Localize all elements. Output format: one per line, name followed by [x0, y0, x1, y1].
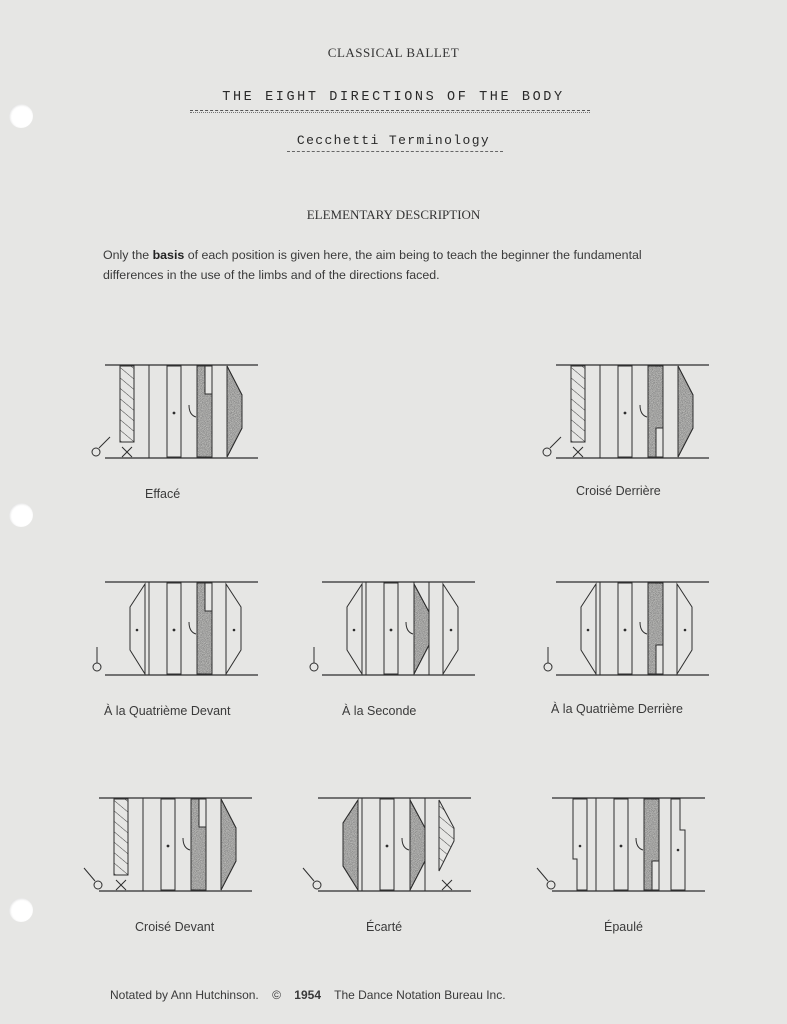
intro-paragraph: Only the basis of each position is given… [103, 245, 703, 285]
subtitle: Cecchetti Terminology [0, 133, 787, 148]
subtitle-underline [287, 151, 503, 152]
copyright-icon: © [272, 988, 281, 1002]
punch-hole-bottom [9, 898, 33, 922]
caption-epaule: Épaulé [604, 920, 643, 934]
footer-author: Notated by Ann Hutchinson. [110, 988, 259, 1002]
page-title-text: THE EIGHT DIRECTIONS OF THE BODY [222, 90, 564, 105]
intro-pre: Only the [103, 248, 153, 262]
subtitle-text: Cecchetti Terminology [297, 133, 490, 148]
caption-effacé: Effacé [145, 487, 180, 501]
punch-hole-middle [9, 503, 33, 527]
caption-a-la-seconde: À la Seconde [342, 704, 416, 718]
page-title: THE EIGHT DIRECTIONS OF THE BODY [0, 90, 787, 105]
footer-credit: Notated by Ann Hutchinson. © 1954 The Da… [110, 988, 506, 1002]
caption-quatrieme-devant: À la Quatrième Devant [104, 704, 230, 718]
punch-hole-top [9, 104, 33, 128]
footer-year: 1954 [294, 988, 321, 1002]
kicker-heading: CLASSICAL BALLET [0, 45, 787, 61]
title-underline-2 [190, 112, 590, 113]
section-heading: ELEMENTARY DESCRIPTION [0, 207, 787, 223]
caption-croise-devant: Croisé Devant [135, 920, 214, 934]
caption-ecarte: Écarté [366, 920, 402, 934]
caption-quatrieme-derriere: À la Quatrième Derrière [551, 702, 683, 716]
title-underline [190, 110, 590, 111]
intro-bold: basis [153, 248, 185, 262]
intro-post: of each position is given here, the aim … [103, 248, 642, 282]
footer-publisher: The Dance Notation Bureau Inc. [334, 988, 505, 1002]
caption-croise-derriere: Croisé Derrière [576, 484, 661, 498]
